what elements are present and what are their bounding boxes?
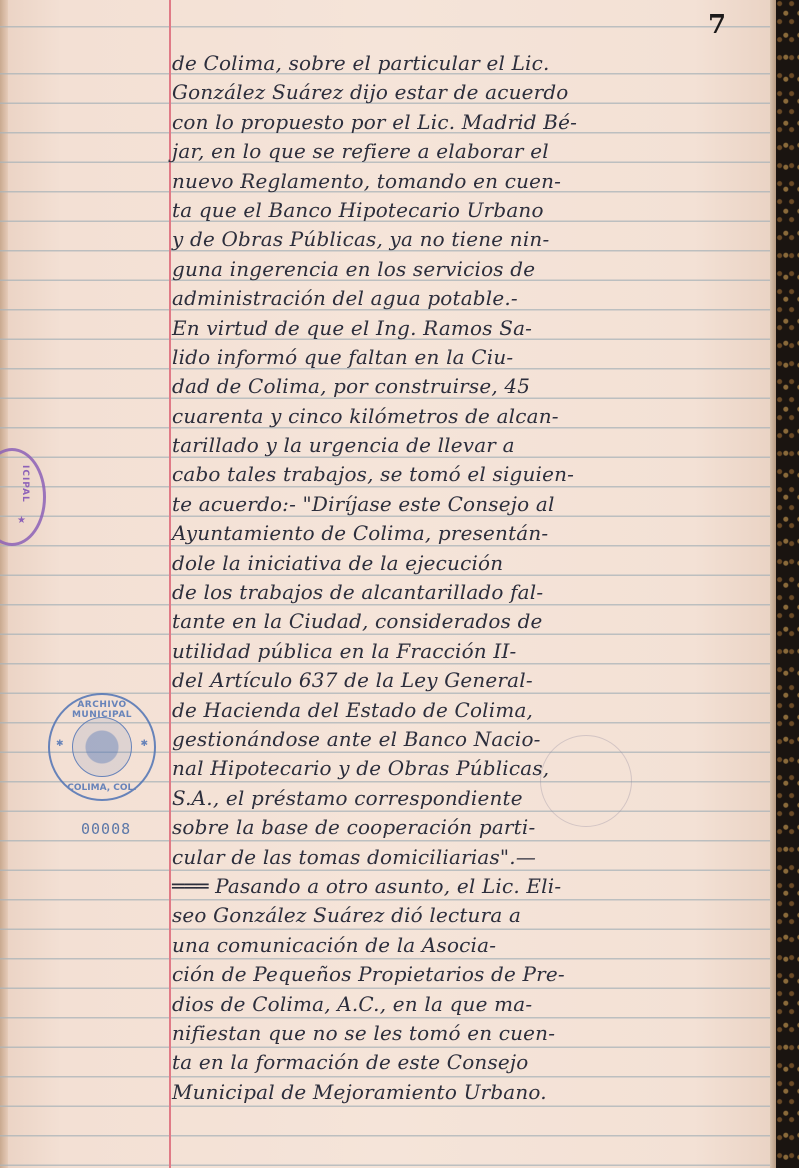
- handwritten-line: tarillado y la urgencia de llevar a: [172, 431, 768, 460]
- page-number: 7: [708, 10, 726, 40]
- handwritten-line: tante en la Ciudad, considerados de: [172, 607, 768, 636]
- handwritten-line: cuarenta y cinco kilómetros de alcan-: [172, 402, 768, 431]
- handwritten-line: utilidad pública en la Fracción II-: [172, 637, 768, 666]
- handwritten-line: seo González Suárez dió lectura a: [172, 901, 768, 930]
- handwritten-line: dad de Colima, por construirse, 45: [172, 372, 768, 401]
- handwritten-line: ción de Pequeños Propietarios de Pre-: [172, 960, 768, 989]
- handwritten-line: nifiestan que no se les tomó en cuen-: [172, 1019, 768, 1048]
- handwritten-line: ta que el Banco Hipotecario Urbano: [172, 196, 768, 225]
- ledger-page: 7 ICIPAL ★ ARCHIVO MUNICIPAL ✱ ✱ COLIMA,…: [0, 0, 772, 1168]
- handwritten-line: Ayuntamiento de Colima, presentán-: [172, 519, 768, 548]
- star-icon: ★: [17, 515, 26, 526]
- archivo-municipal-stamp: ARCHIVO MUNICIPAL ✱ ✱ COLIMA, COL.: [48, 693, 156, 801]
- handwritten-line: En virtud de que el Ing. Ramos Sa-: [172, 314, 768, 343]
- handwritten-line: jar, en lo que se refiere a elaborar el: [172, 137, 768, 166]
- handwritten-line: de los trabajos de alcantarillado fal-: [172, 578, 768, 607]
- handwritten-line: de Colima, sobre el particular el Lic.: [172, 49, 768, 78]
- handwritten-line: y de Obras Públicas, ya no tiene nin-: [172, 225, 768, 254]
- handwritten-line: González Suárez dijo estar de acuerdo: [172, 78, 768, 107]
- coat-of-arms-icon: [72, 717, 132, 777]
- handwritten-line: gestionándose ante el Banco Nacio-: [172, 725, 768, 754]
- handwritten-line: Municipal de Mejoramiento Urbano.: [172, 1078, 768, 1107]
- handwritten-line: con lo propuesto por el Lic. Madrid Bé-: [172, 108, 768, 137]
- handwritten-line: guna ingerencia en los servicios de: [172, 255, 768, 284]
- handwritten-line: del Artículo 637 de la Ley General-: [172, 666, 768, 695]
- handwritten-line: cabo tales trabajos, se tomó el siguien-: [172, 460, 768, 489]
- handwritten-line: administración del agua potable.-: [172, 284, 768, 313]
- partial-stamp-text: ICIPAL: [20, 465, 30, 503]
- handwritten-line: S.A., el préstamo correspondiente: [172, 784, 768, 813]
- star-icon: ✱: [56, 739, 64, 749]
- handwritten-line: nal Hipotecario y de Obras Públicas,: [172, 754, 768, 783]
- handwritten-line: dole la iniciativa de la ejecución: [172, 549, 768, 578]
- handwritten-line: cular de las tomas domiciliarias".—: [172, 843, 768, 872]
- handwritten-minutes: de Colima, sobre el particular el Lic. G…: [172, 49, 770, 1107]
- stamp-bottom-text: COLIMA, COL.: [50, 783, 154, 793]
- handwritten-line: dios de Colima, A.C., en la que ma-: [172, 990, 768, 1019]
- star-icon: ✱: [140, 739, 148, 749]
- handwritten-line: sobre la base de cooperación parti-: [172, 813, 768, 842]
- folio-number: 00008: [81, 820, 131, 838]
- handwritten-line: lido informó que faltan en la Ciu-: [172, 343, 768, 372]
- handwritten-line: de Hacienda del Estado de Colima,: [172, 696, 768, 725]
- red-margin-line: [169, 0, 171, 1168]
- handwritten-line: nuevo Reglamento, tomando en cuen-: [172, 167, 768, 196]
- book-binding: [776, 0, 799, 1168]
- handwritten-line: ═══ Pasando a otro asunto, el Lic. Eli-: [172, 872, 768, 901]
- handwritten-line: una comunicación de la Asocia-: [172, 931, 768, 960]
- handwritten-line: te acuerdo:- "Diríjase este Consejo al: [172, 490, 768, 519]
- handwritten-line: ta en la formación de este Consejo: [172, 1048, 768, 1077]
